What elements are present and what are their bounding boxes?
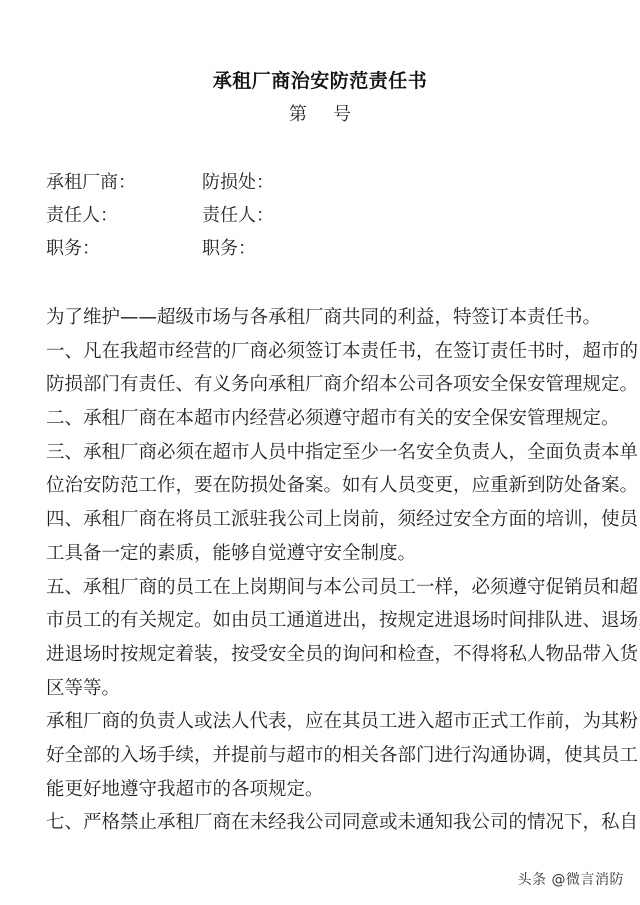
field-label-vendor: 承租厂商： <box>46 169 202 202</box>
body-line: 二、承租厂商在本超市内经营必须遵守超市有关的安全保安管理规定。 <box>46 402 606 436</box>
field-label-vendor-responsible: 责任人： <box>46 202 202 235</box>
number-suffix: 号 <box>333 104 351 125</box>
field-label-lp-responsible: 责任人： <box>202 202 502 235</box>
number-prefix: 第 <box>289 104 307 125</box>
body-line: 工具备一定的素质，能够自觉遵守安全制度。 <box>46 537 606 571</box>
body-line: 五、承租厂商的员工在上岗期间与本公司员工一样，必须遵守促销员和超 <box>46 571 606 605</box>
body-line: 一、凡在我超市经营的厂商必须签订本责任书，在签订责任书时，超市的 <box>46 335 606 369</box>
body-line: 位治安防范工作，要在防损处备案。如有人员变更，应重新到防处备案。 <box>46 469 606 503</box>
document-page: 承租厂商治安防范责任书 第号 承租厂商： 防损处： 责任人： 责任人： 职务： … <box>0 0 640 905</box>
body-line: 市员工的有关规定。如由员工通道进出，按规定进退场时间排队进、退场， <box>46 604 606 638</box>
body-line: 区等等。 <box>46 672 606 706</box>
source-watermark: 头条 @微言消防 <box>518 869 624 889</box>
field-label-lp-position: 职务： <box>202 235 502 268</box>
field-label-vendor-position: 职务： <box>46 235 202 268</box>
body-line: 为了维护——超级市场与各承租厂商共同的利益，特签订本责任书。 <box>46 301 606 335</box>
body-line: 能更好地遵守我超市的各项规定。 <box>46 773 606 807</box>
body-line: 进退场时按规定着装，按受安全员的询问和检查，不得将私人物品带入货 <box>46 638 606 672</box>
field-row-responsible-person: 责任人： 责任人： <box>46 202 606 235</box>
body-line: 防损部门有责任、有义务向承租厂商介绍本公司各项安全保安管理规定。 <box>46 368 606 402</box>
body-line: 承租厂商的负责人或法人代表，应在其员工进入超市正式工作前，为其粉 <box>46 705 606 739</box>
document-title: 承租厂商治安防范责任书 <box>0 68 640 94</box>
field-row-vendor: 承租厂商： 防损处： <box>46 169 606 202</box>
field-row-position: 职务： 职务： <box>46 235 606 268</box>
body-line: 四、承租厂商在将员工派驻我公司上岗前，须经过安全方面的培训，使员 <box>46 503 606 537</box>
document-body: 为了维护——超级市场与各承租厂商共同的利益，特签订本责任书。 一、凡在我超市经营… <box>46 301 606 840</box>
body-line: 三、承租厂商必须在超市人员中指定至少一名安全负责人，全面负责本单 <box>46 436 606 470</box>
field-label-loss-prevention: 防损处： <box>202 169 502 202</box>
signatory-fields: 承租厂商： 防损处： 责任人： 责任人： 职务： 职务： <box>46 169 606 268</box>
body-line: 七、严格禁止承租厂商在未经我公司同意或未通知我公司的情况下，私自 <box>46 806 606 840</box>
document-number-line: 第号 <box>0 102 640 128</box>
body-line: 好全部的入场手续，并提前与超市的相关各部门进行沟通协调，使其员工 <box>46 739 606 773</box>
